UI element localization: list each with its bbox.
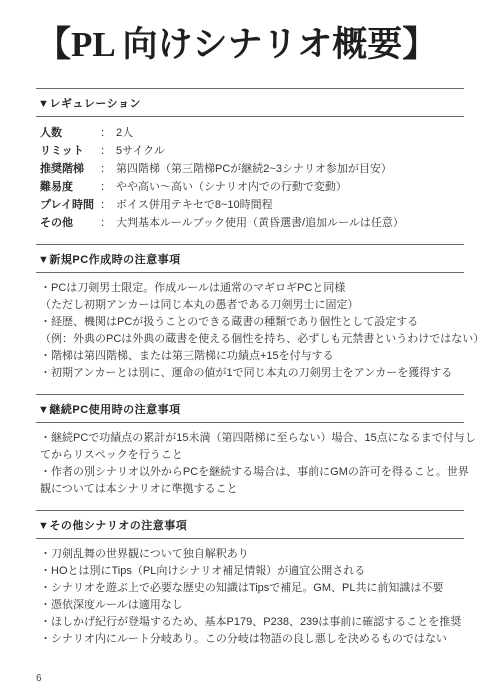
- spec-separator: ：: [100, 160, 116, 178]
- note-line: ・憑依深度ルールは適用なし: [40, 597, 464, 614]
- spec-label: 推奨階梯: [40, 160, 100, 178]
- section-body: ・継続PCで功績点の累計が15未満（第四階梯に至らない）場合、15点になるまで付…: [36, 423, 464, 500]
- spec-label: リミット: [40, 142, 100, 160]
- spec-row: 人数：2人: [40, 124, 464, 142]
- spec-value: 大判基本ルールブック使用（黄昏選書/追加ルールは任意）: [116, 214, 404, 232]
- section-body: 人数：2人リミット：5サイクル推奨階梯：第四階梯（第三階梯PCが継続2~3シナリ…: [36, 117, 464, 234]
- section-new-pc-notes: ▼新規PC作成時の注意事項 ・PCは刀剣男士限定。作成ルールは通常のマギロギPC…: [36, 244, 464, 384]
- note-line: 観については本シナリオに準拠すること: [40, 481, 464, 498]
- section-body: ・刀剣乱舞の世界観について独自解釈あり・HOとは別にTips（PL向けシナリオ補…: [36, 539, 464, 650]
- spec-label: その他: [40, 214, 100, 232]
- page-title: 【PL 向けシナリオ概要】: [36, 24, 464, 66]
- note-line: ・シナリオ内にルート分岐あり。この分岐は物語の良し悪しを決めるものではない: [40, 631, 464, 648]
- note-line: てからリスペックを行うこと: [40, 447, 464, 464]
- spec-value: 5サイクル: [116, 142, 165, 160]
- spec-row: リミット：5サイクル: [40, 142, 464, 160]
- note-line: ・階梯は第四階梯、または第三階梯に功績点+15を付与する: [40, 348, 464, 365]
- section-heading: ▼新規PC作成時の注意事項: [36, 244, 464, 273]
- spec-label: プレイ時間: [40, 196, 100, 214]
- section-continued-pc-notes: ▼継続PC使用時の注意事項 ・継続PCで功績点の累計が15未満（第四階梯に至らな…: [36, 394, 464, 500]
- spec-value: 2人: [116, 124, 133, 142]
- section-heading: ▼レギュレーション: [36, 88, 464, 117]
- spec-row: その他：大判基本ルールブック使用（黄昏選書/追加ルールは任意）: [40, 214, 464, 232]
- section-heading: ▼継続PC使用時の注意事項: [36, 394, 464, 423]
- spec-label: 人数: [40, 124, 100, 142]
- note-line: ・PCは刀剣男士限定。作成ルールは通常のマギロギPCと同様: [40, 280, 464, 297]
- spec-separator: ：: [100, 124, 116, 142]
- spec-value: やや高い〜高い（シナリオ内での行動で変動）: [116, 178, 347, 196]
- spec-value: ボイス併用テキセで8~10時間程: [116, 196, 273, 214]
- page-content: 【PL 向けシナリオ概要】 ▼レギュレーション 人数：2人リミット：5サイクル推…: [36, 24, 464, 660]
- note-line: ・ほしかげ紀行が登場するため、基本P179、P238、239は事前に確認すること…: [40, 614, 464, 631]
- page-number: 6: [36, 673, 42, 684]
- note-line: （ただし初期アンカーは同じ本丸の愚者である刀剣男士に固定）: [40, 297, 464, 314]
- spec-label: 難易度: [40, 178, 100, 196]
- note-line: ・刀剣乱舞の世界観について独自解釈あり: [40, 546, 464, 563]
- note-line: ・作者の別シナリオ以外からPCを継続する場合は、事前にGMの許可を得ること。世界: [40, 464, 464, 481]
- section-body: ・PCは刀剣男士限定。作成ルールは通常のマギロギPCと同様（ただし初期アンカーは…: [36, 273, 464, 384]
- spec-row: プレイ時間：ボイス併用テキセで8~10時間程: [40, 196, 464, 214]
- spec-separator: ：: [100, 214, 116, 232]
- spec-separator: ：: [100, 196, 116, 214]
- spec-row: 推奨階梯：第四階梯（第三階梯PCが継続2~3シナリオ参加が目安）: [40, 160, 464, 178]
- note-line: ・HOとは別にTips（PL向けシナリオ補足情報）が適宜公開される: [40, 563, 464, 580]
- spec-separator: ：: [100, 178, 116, 196]
- spec-value: 第四階梯（第三階梯PCが継続2~3シナリオ参加が目安）: [116, 160, 392, 178]
- section-heading: ▼その他シナリオの注意事項: [36, 510, 464, 539]
- note-line: ・経歴、機関はPCが扱うことのできる蔵書の種類であり個性として設定する: [40, 314, 464, 331]
- spec-row: 難易度：やや高い〜高い（シナリオ内での行動で変動）: [40, 178, 464, 196]
- note-line: ・継続PCで功績点の累計が15未満（第四階梯に至らない）場合、15点になるまで付…: [40, 430, 464, 447]
- section-other-notes: ▼その他シナリオの注意事項 ・刀剣乱舞の世界観について独自解釈あり・HOとは別に…: [36, 510, 464, 650]
- note-line: ・シナリオを遊ぶ上で必要な歴史の知識はTipsで補足。GM、PL共に前知識は不要: [40, 580, 464, 597]
- note-line: （例：外典のPCは外典の蔵書を使える個性を持ち、必ずしも元禁書というわけではない…: [40, 331, 464, 348]
- document-page: 【PL 向けシナリオ概要】 ▼レギュレーション 人数：2人リミット：5サイクル推…: [0, 0, 500, 700]
- spec-separator: ：: [100, 142, 116, 160]
- note-line: ・初期アンカーとは別に、運命の値が1で同じ本丸の刀剣男士をアンカーを獲得する: [40, 365, 464, 382]
- section-regulation: ▼レギュレーション 人数：2人リミット：5サイクル推奨階梯：第四階梯（第三階梯P…: [36, 88, 464, 234]
